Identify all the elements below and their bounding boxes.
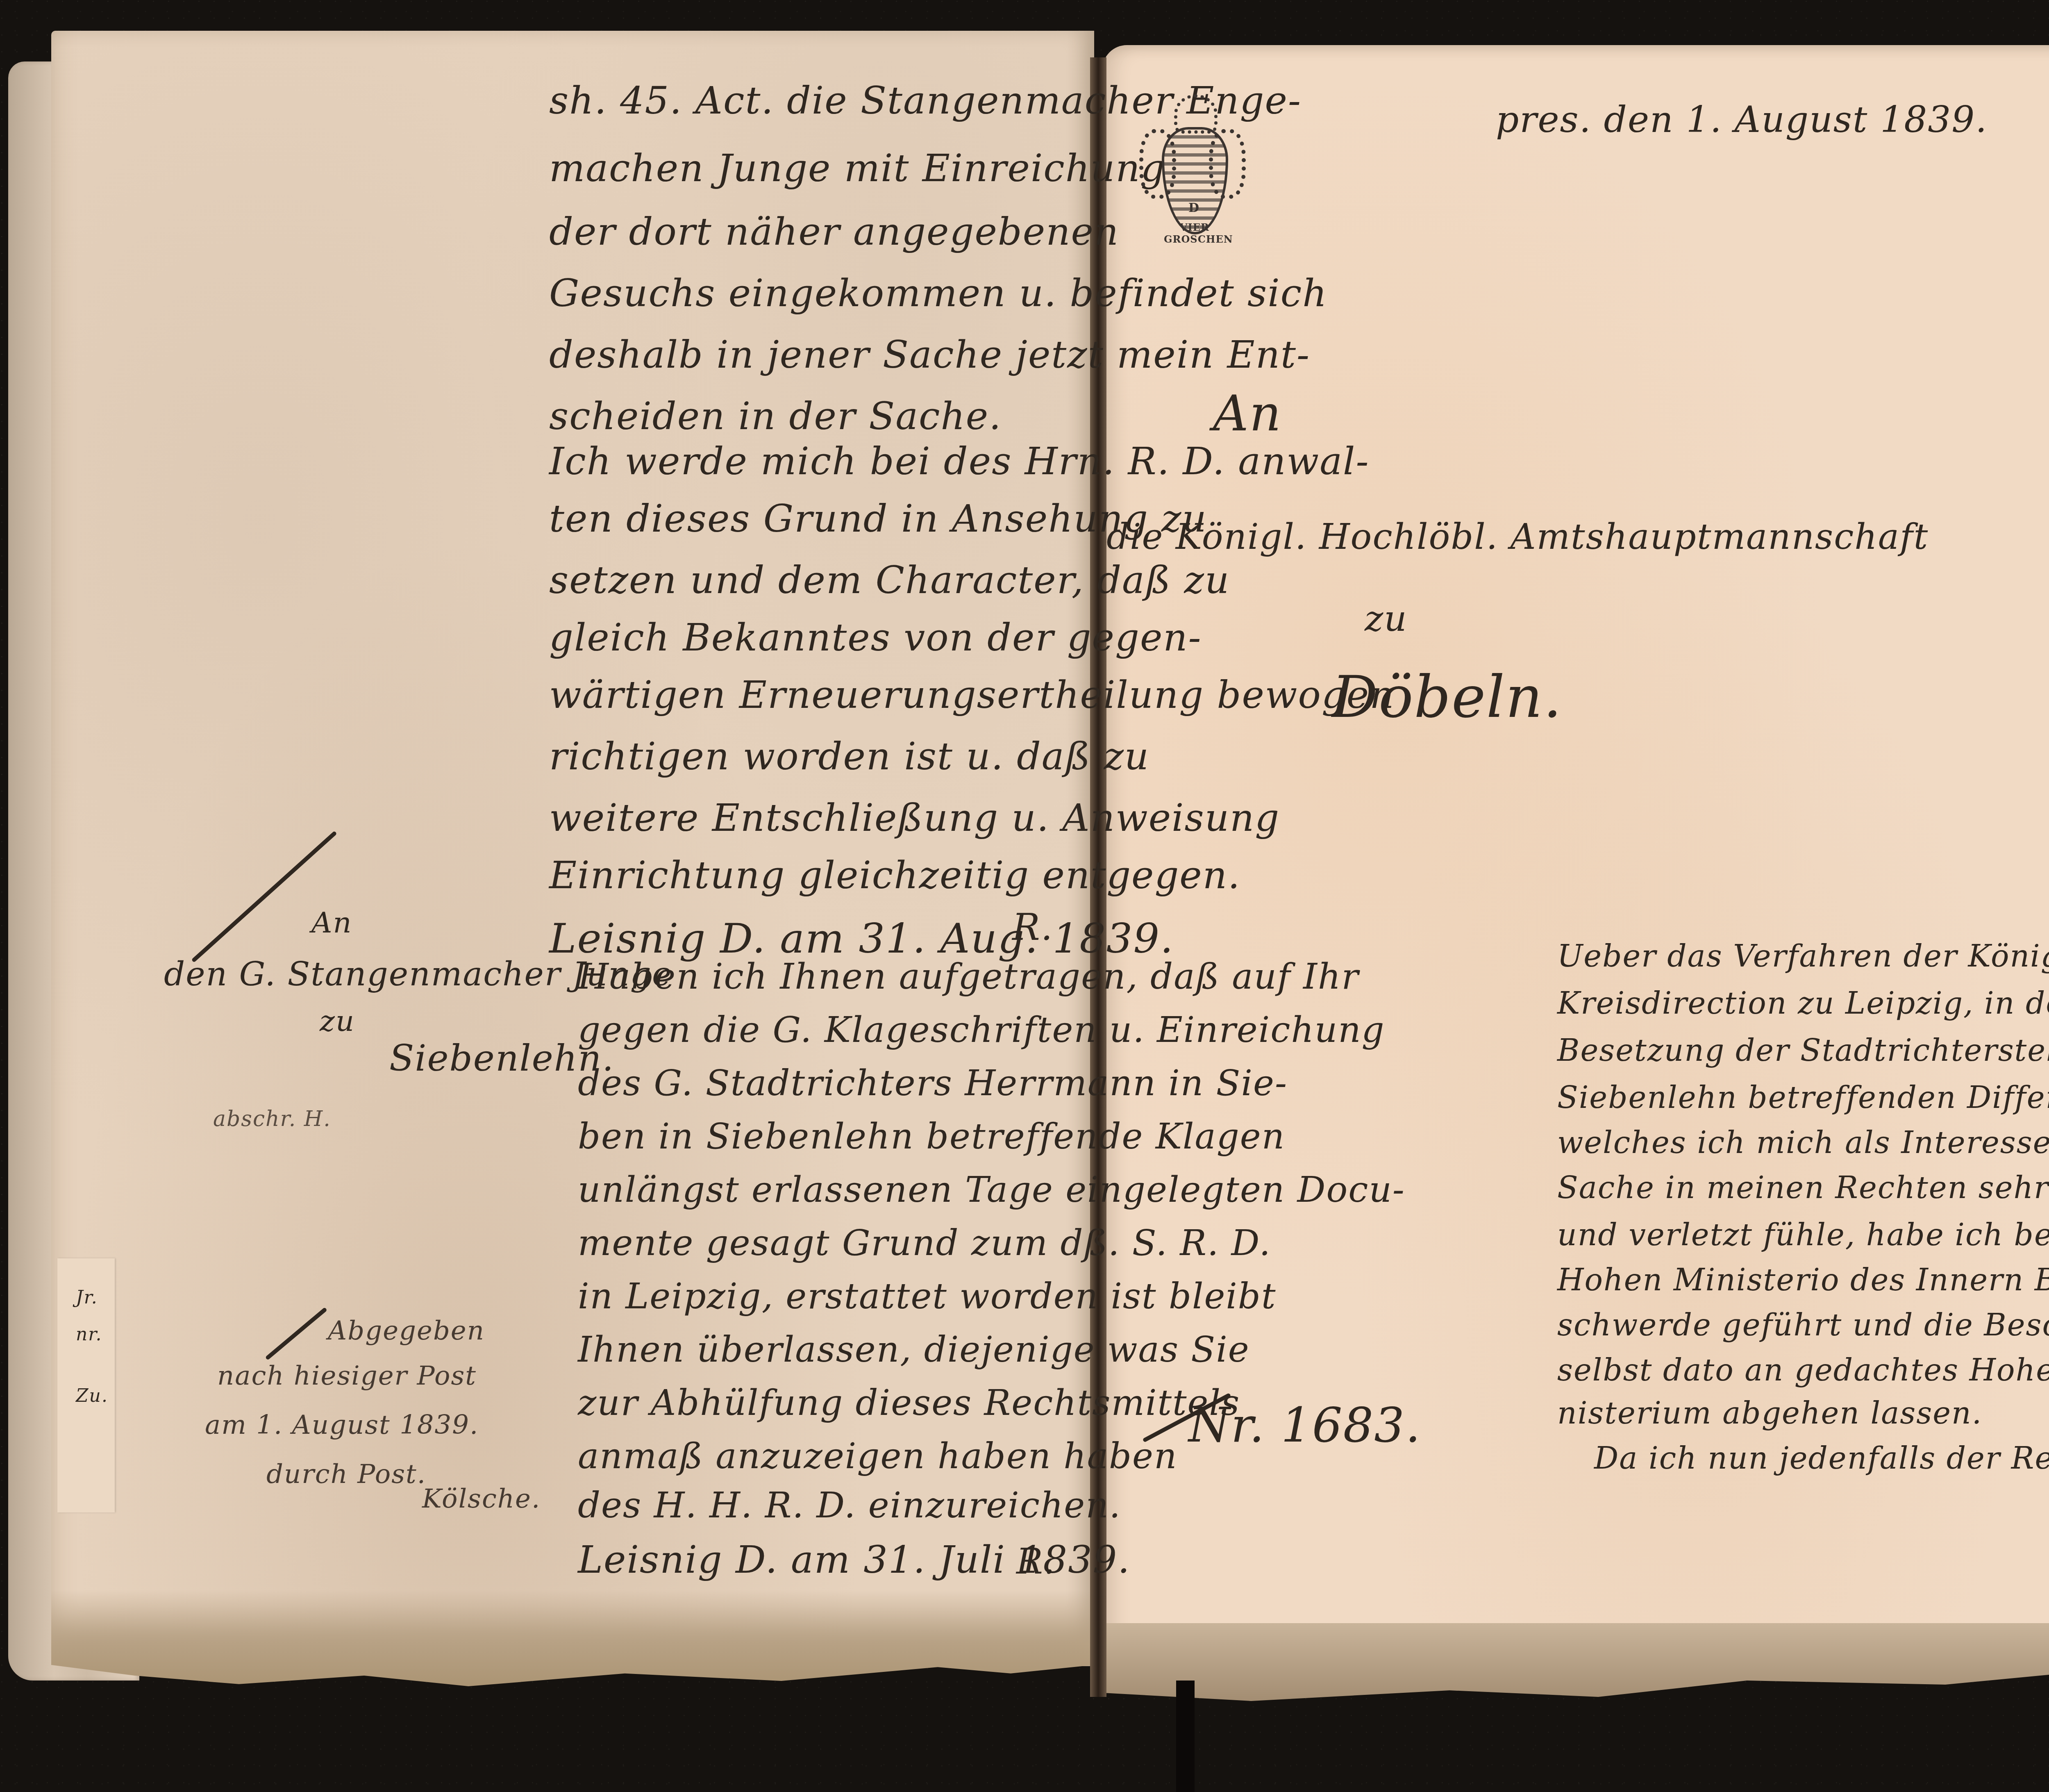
text-line: der dort näher angegebenen [549, 213, 1119, 251]
expedition-signature: Kölsche. [422, 1484, 541, 1514]
text-line: Besetzung der Stadtrichterstelle zu [1557, 1033, 2049, 1068]
expedition-line: nach hiesiger Post [217, 1361, 477, 1391]
address-line-an: An [311, 906, 352, 939]
text-line: nisterium abgehen lassen. [1557, 1396, 1982, 1431]
text-line: weitere Entschließung u. Anweisung [549, 799, 1280, 837]
text-line: wärtigen Erneuerungsertheilung bewogen [549, 676, 1395, 714]
right-page-worn-bottom-edge [1102, 1623, 2049, 1705]
text-line: schwerde geführt und die Beschwerdeschri… [1557, 1308, 2049, 1343]
stamp-inscription: VIER GROSCHEN [1164, 221, 1225, 245]
text-line: Ich werde mich bei des Hrn. R. D. anwal- [549, 443, 1370, 480]
address-line-an: An [1213, 385, 1282, 442]
text-line: Ihnen überlassen, diejenige was Sie [578, 1332, 1250, 1367]
document-number: Nr. 1683. [1188, 1398, 1421, 1453]
text-line: ben in Siebenlehn betreffende Klagen [578, 1119, 1285, 1154]
initial-mark: R. [1016, 1541, 1056, 1582]
address-line-zu: zu [320, 1004, 355, 1038]
text-line: Einrichtung gleichzeitig entgegen. [549, 857, 1240, 894]
text-line: deshalb in jener Sache jetzt mein Ent- [549, 336, 1310, 374]
text-line: anmaß anzuzeigen haben haben [578, 1439, 1177, 1474]
text-line: Hohen Ministerio des Innern Be- [1557, 1262, 2049, 1298]
expedition-line: durch Post. [266, 1459, 426, 1490]
text-line: Sache in meinen Rechten sehr beeinträcht… [1557, 1170, 2049, 1205]
copy-note: abschr. H. [213, 1107, 331, 1131]
text-line: welches ich mich als Interessent bei der [1557, 1125, 2049, 1160]
text-line: Siebenlehn betreffenden Differenz, durch [1557, 1080, 2049, 1115]
text-line: in Leipzig, erstattet worden ist bleibt [578, 1279, 1276, 1314]
text-line: und verletzt fühle, habe ich bei dem Kön… [1557, 1217, 2049, 1253]
text-line: Da ich nun jedenfalls der Resolution [1594, 1441, 2049, 1476]
text-line: mente gesagt Grund zum dß. S. R. D. [578, 1226, 1271, 1261]
spine-tab [1176, 1681, 1195, 1792]
address-line-zu: zu [1365, 598, 1408, 639]
coat-of-arms-stamp-icon: D VIER GROSCHEN [1139, 94, 1246, 234]
text-line: gegen die G. Klageschriften u. Einreichu… [578, 1012, 1385, 1048]
text-line: des H. H. R. D. einzureichen. [578, 1488, 1121, 1523]
reply-marker: R. [1012, 906, 1053, 949]
text-line: selbst dato an gedachtes Hohe Mi- [1557, 1353, 2049, 1388]
address-place: Döbeln. [1332, 664, 1562, 731]
margin-fragment: nr. [76, 1324, 102, 1345]
address-recipient: die Königl. Hochlöbl. Amtshauptmannschaf… [1106, 516, 1929, 557]
text-line: Kreisdirection zu Leipzig, in der die [1557, 986, 2049, 1021]
stamp-letter: D [1188, 201, 1199, 215]
text-line: Ueber das Verfahren der Königl. Hohen [1557, 939, 2049, 974]
text-line: setzen und dem Character, daß zu [549, 562, 1230, 599]
text-line: Gesuchs eingekommen u. befindet sich [549, 275, 1327, 312]
text-line: machen Junge mit Einreichung [549, 150, 1166, 187]
expedition-line: Abgegeben [328, 1316, 485, 1346]
text-line: zur Abhülfung dieses Rechtsmittels [578, 1385, 1240, 1421]
expedition-line: am 1. August 1839. [205, 1410, 479, 1440]
text-line: scheiden in der Sache. [549, 398, 1002, 435]
received-date: pres. den 1. August 1839. [1496, 98, 1988, 141]
shield-icon [1162, 127, 1228, 234]
signature-date-line: Leisnig D. am 31. Aug. 1839. [549, 918, 1174, 959]
text-line: gleich Bekanntes von der gegen- [549, 619, 1202, 657]
margin-fragment: Zu. [76, 1385, 108, 1406]
text-line: unlängst erlassenen Tage eingelegten Doc… [578, 1172, 1405, 1208]
left-page-worn-bottom-edge [51, 1590, 1094, 1697]
margin-fragment: Jr. [76, 1287, 98, 1308]
text-line: Haben ich Ihnen aufgetragen, daß auf Ihr [578, 959, 1359, 994]
text-line: des G. Stadtrichters Herrmann in Sie- [578, 1066, 1288, 1101]
text-line: richtigen worden ist u. daß zu [549, 738, 1149, 775]
